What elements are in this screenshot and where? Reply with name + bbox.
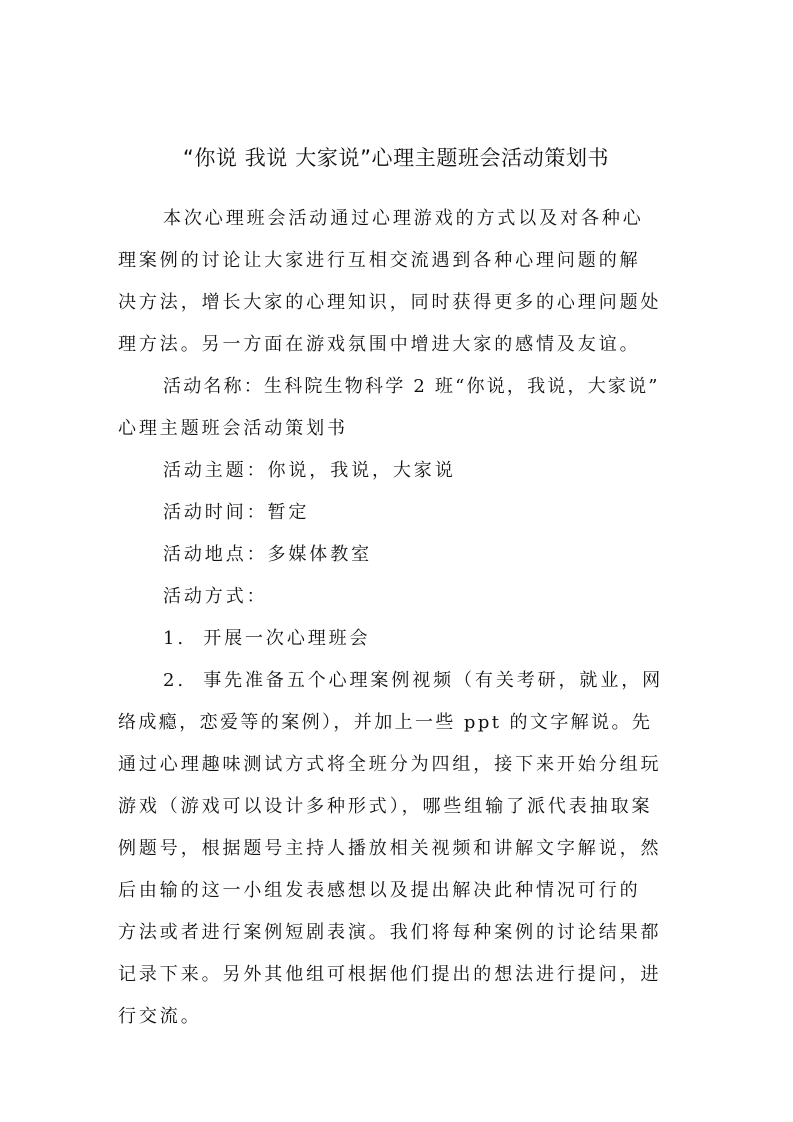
- step-2-line: 后由输的这一小组发表感想以及提出解决此种情况可行的: [118, 870, 674, 912]
- activity-name-line: 活动名称：生科院生物科学 2 班“你说，我说，大家说”: [118, 366, 674, 408]
- activity-name-line: 心理主题班会活动策划书: [118, 408, 674, 450]
- activity-location-text: 活动地点：多媒体教室: [118, 534, 674, 576]
- document-body: 本次心理班会活动通过心理游戏的方式以及对各种心 理案例的讨论让大家进行互相交流遇…: [118, 198, 674, 1038]
- activity-name-paragraph: 活动名称：生科院生物科学 2 班“你说，我说，大家说” 心理主题班会活动策划书: [118, 366, 674, 450]
- activity-theme-text: 活动主题：你说，我说，大家说: [118, 450, 674, 492]
- intro-line: 本次心理班会活动通过心理游戏的方式以及对各种心: [118, 198, 674, 240]
- activity-time: 活动时间：暂定: [118, 492, 674, 534]
- intro-line: 理案例的讨论让大家进行互相交流遇到各种心理问题的解: [118, 240, 674, 282]
- step-2-line: 记录下来。另外其他组可根据他们提出的想法进行提问，进: [118, 954, 674, 996]
- document-title: “你说 我说 大家说”心理主题班会活动策划书: [115, 143, 677, 173]
- step-2-paragraph: 2. 事先准备五个心理案例视频（有关考研，就业，网 络成瘾，恋爱等的案例），并加…: [118, 660, 674, 1038]
- activity-theme: 活动主题：你说，我说，大家说: [118, 450, 674, 492]
- step-2-line: 络成瘾，恋爱等的案例），并加上一些 ppt 的文字解说。先: [118, 702, 674, 744]
- intro-line: 决方法，增长大家的心理知识，同时获得更多的心理问题处: [118, 282, 674, 324]
- step-2-line: 2. 事先准备五个心理案例视频（有关考研，就业，网: [118, 660, 674, 702]
- activity-time-text: 活动时间：暂定: [118, 492, 674, 534]
- activity-method-text: 活动方式：: [118, 576, 674, 618]
- step-2-line: 游戏（游戏可以设计多种形式），哪些组输了派代表抽取案: [118, 786, 674, 828]
- step-2-line: 行交流。: [118, 996, 674, 1038]
- step-1: 1. 开展一次心理班会: [118, 618, 674, 660]
- activity-location: 活动地点：多媒体教室: [118, 534, 674, 576]
- step-2-line: 例题号，根据题号主持人播放相关视频和讲解文字解说，然: [118, 828, 674, 870]
- step-2-line: 通过心理趣味测试方式将全班分为四组，接下来开始分组玩: [118, 744, 674, 786]
- intro-line: 理方法。另一方面在游戏氛围中增进大家的感情及友谊。: [118, 324, 674, 366]
- intro-paragraph: 本次心理班会活动通过心理游戏的方式以及对各种心 理案例的讨论让大家进行互相交流遇…: [118, 198, 674, 366]
- activity-method-label: 活动方式：: [118, 576, 674, 618]
- step-2-line: 方法或者进行案例短剧表演。我们将每种案例的讨论结果都: [118, 912, 674, 954]
- step-1-text: 1. 开展一次心理班会: [118, 618, 674, 660]
